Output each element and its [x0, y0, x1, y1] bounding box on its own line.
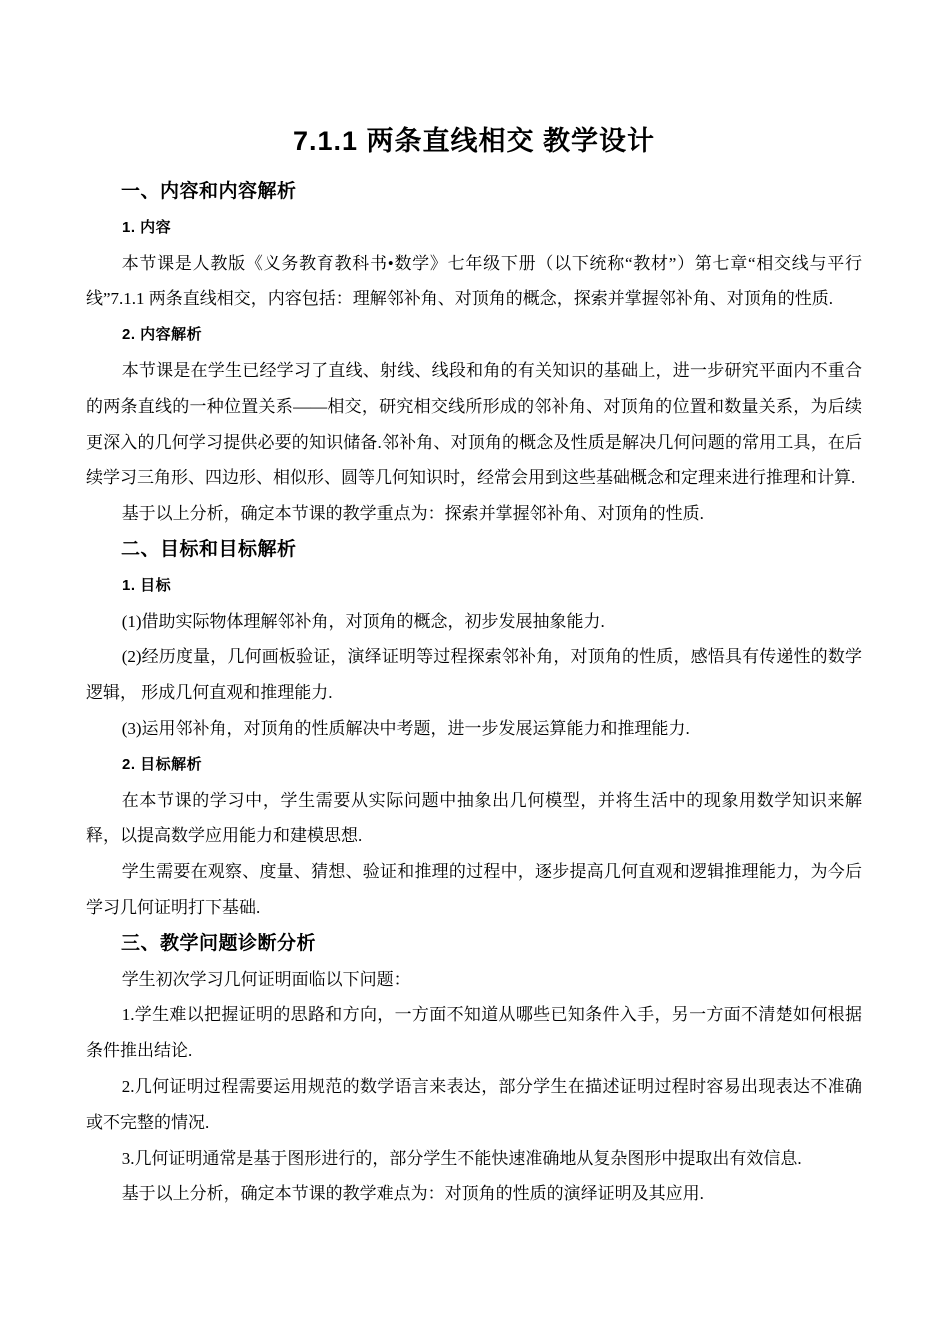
- paragraph-teaching-difficulty: 基于以上分析，确定本节课的教学难点为：对顶角的性质的演绎证明及其应用.: [86, 1176, 862, 1212]
- paragraph-goal-2: (2)经历度量，几何画板验证，演绎证明等过程探索邻补角，对顶角的性质，感悟具有传…: [86, 639, 862, 711]
- subheading-goal-analysis: 2. 目标解析: [86, 747, 862, 783]
- paragraph-problem-2: 2.几何证明过程需要运用规范的数学语言来表达，部分学生在描述证明过程时容易出现表…: [86, 1069, 862, 1141]
- page-background: { "theme": { "background": "#ffffff", "t…: [0, 0, 950, 1344]
- paragraph-goal-analysis-1: 在本节课的学习中，学生需要从实际问题中抽象出几何模型，并将生活中的现象用数学知识…: [86, 783, 862, 855]
- section-heading-goals-and-analysis: 二、目标和目标解析: [86, 532, 862, 568]
- paragraph-content-analysis: 本节课是在学生已经学习了直线、射线、线段和角的有关知识的基础上，进一步研究平面内…: [86, 353, 862, 496]
- paragraph-lesson-source: 本节课是人教版《义务教育教科书•数学》七年级下册（以下统称“教材”）第七章“相交…: [86, 246, 862, 318]
- section-goals-and-analysis: 二、目标和目标解析 1. 目标 (1)借助实际物体理解邻补角，对顶角的概念，初步…: [86, 532, 862, 926]
- section-content-and-analysis: 一、内容和内容解析 1. 内容 本节课是人教版《义务教育教科书•数学》七年级下册…: [86, 174, 862, 532]
- document-page: 7.1.1 两条直线相交 教学设计 一、内容和内容解析 1. 内容 本节课是人教…: [0, 0, 950, 1344]
- subheading-content-analysis: 2. 内容解析: [86, 317, 862, 353]
- paragraph-goal-1: (1)借助实际物体理解邻补角，对顶角的概念，初步发展抽象能力.: [86, 604, 862, 640]
- section-heading-content-and-analysis: 一、内容和内容解析: [86, 174, 862, 210]
- document-title: 7.1.1 两条直线相交 教学设计: [86, 118, 862, 164]
- section-problem-diagnosis: 三、教学问题诊断分析 学生初次学习几何证明面临以下问题： 1.学生难以把握证明的…: [86, 926, 862, 1212]
- paragraph-goal-3: (3)运用邻补角，对顶角的性质解决中考题，进一步发展运算能力和推理能力.: [86, 711, 862, 747]
- subheading-content: 1. 内容: [86, 210, 862, 246]
- paragraph-goal-analysis-2: 学生需要在观察、度量、猜想、验证和推理的过程中，逐步提高几何直观和逻辑推理能力，…: [86, 854, 862, 926]
- subheading-goals: 1. 目标: [86, 568, 862, 604]
- paragraph-problem-3: 3.几何证明通常是基于图形进行的，部分学生不能快速准确地从复杂图形中提取出有效信…: [86, 1141, 862, 1177]
- paragraph-problems-intro: 学生初次学习几何证明面临以下问题：: [86, 962, 862, 998]
- paragraph-problem-1: 1.学生难以把握证明的思路和方向，一方面不知道从哪些已知条件入手，另一方面不清楚…: [86, 997, 862, 1069]
- paragraph-teaching-focus: 基于以上分析，确定本节课的教学重点为：探索并掌握邻补角、对顶角的性质.: [86, 496, 862, 532]
- section-heading-problem-diagnosis: 三、教学问题诊断分析: [86, 926, 862, 962]
